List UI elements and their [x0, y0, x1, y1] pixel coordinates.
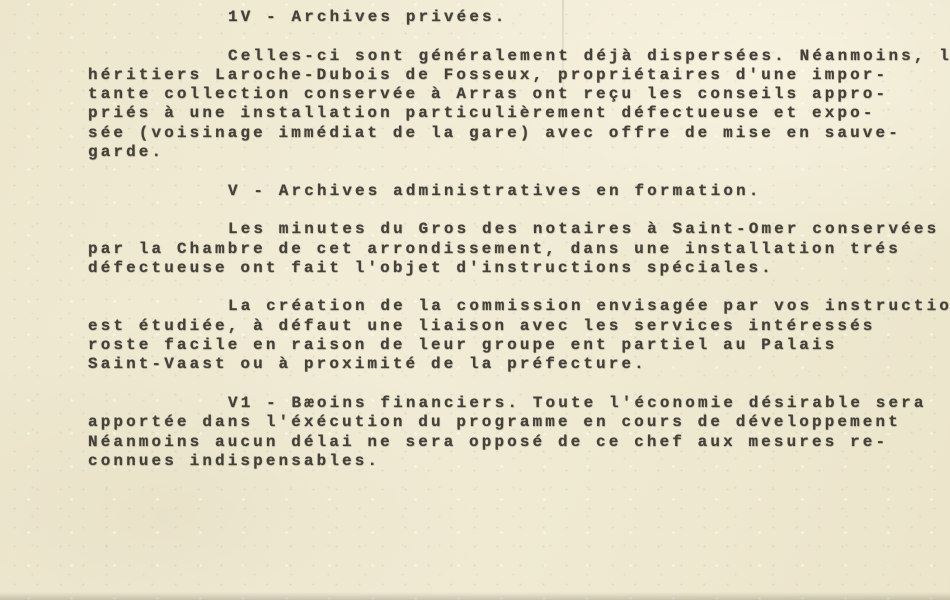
paragraph-line: Néanmoins aucun délai ne sera opposé de … [88, 433, 938, 452]
paragraph-line: par la Chambre de cet arrondissement, da… [88, 240, 938, 259]
paragraph-line: défectueuse ont fait l'objet d'instructi… [88, 259, 938, 278]
page-bottom-edge-shadow [0, 592, 950, 600]
paragraph-line: Les minutes du Gros des notaires à Saint… [88, 220, 938, 239]
paragraph-line: roste facile en raison de leur groupe en… [88, 336, 938, 355]
paragraph-line: garde. [88, 143, 938, 162]
paragraph-line: Celles-ci sont généralement déjà dispers… [88, 47, 938, 66]
paragraph-notaires: Les minutes du Gros des notaires à Saint… [88, 220, 938, 278]
paragraph-archives-privees: Celles-ci sont généralement déjà dispers… [88, 47, 938, 163]
heading-archives-privees: 1V - Archives privées. [88, 8, 938, 27]
document-content: 1V - Archives privées. Celles-ci sont gé… [88, 8, 938, 490]
paragraph-line: est étudiée, à défaut une liaison avec l… [88, 317, 938, 336]
paragraph-line: héritiers Laroche-Dubois de Fosseux, pro… [88, 66, 938, 85]
paragraph-line: La création de la commission envisagée p… [88, 297, 938, 316]
paragraph-line: sée (voisinage immédiat de la gare) avec… [88, 124, 938, 143]
paragraph-line: Saint-Vaast ou à proximité de la préfect… [88, 355, 938, 374]
section-archives-administratives-heading: V - Archives administratives en formatio… [88, 182, 938, 201]
scanned-typescript-page: 1V - Archives privées. Celles-ci sont gé… [0, 0, 950, 600]
heading-archives-administratives: V - Archives administratives en formatio… [88, 182, 938, 201]
paragraph-line: apportée dans l'éxécution du programme e… [88, 413, 938, 432]
paragraph-line: priés à une installation particulièremen… [88, 104, 938, 123]
paragraph-commission: La création de la commission envisagée p… [88, 297, 938, 374]
paragraph-besoins-financiers: V1 - Bæoins financiers. Toute l'économie… [88, 394, 938, 471]
paragraph-line: connues indispensables. [88, 452, 938, 471]
paragraph-line: V1 - Bæoins financiers. Toute l'économie… [88, 394, 938, 413]
section-archives-privees-heading: 1V - Archives privées. [88, 8, 938, 27]
paragraph-line: tante collection conservée à Arras ont r… [88, 85, 938, 104]
